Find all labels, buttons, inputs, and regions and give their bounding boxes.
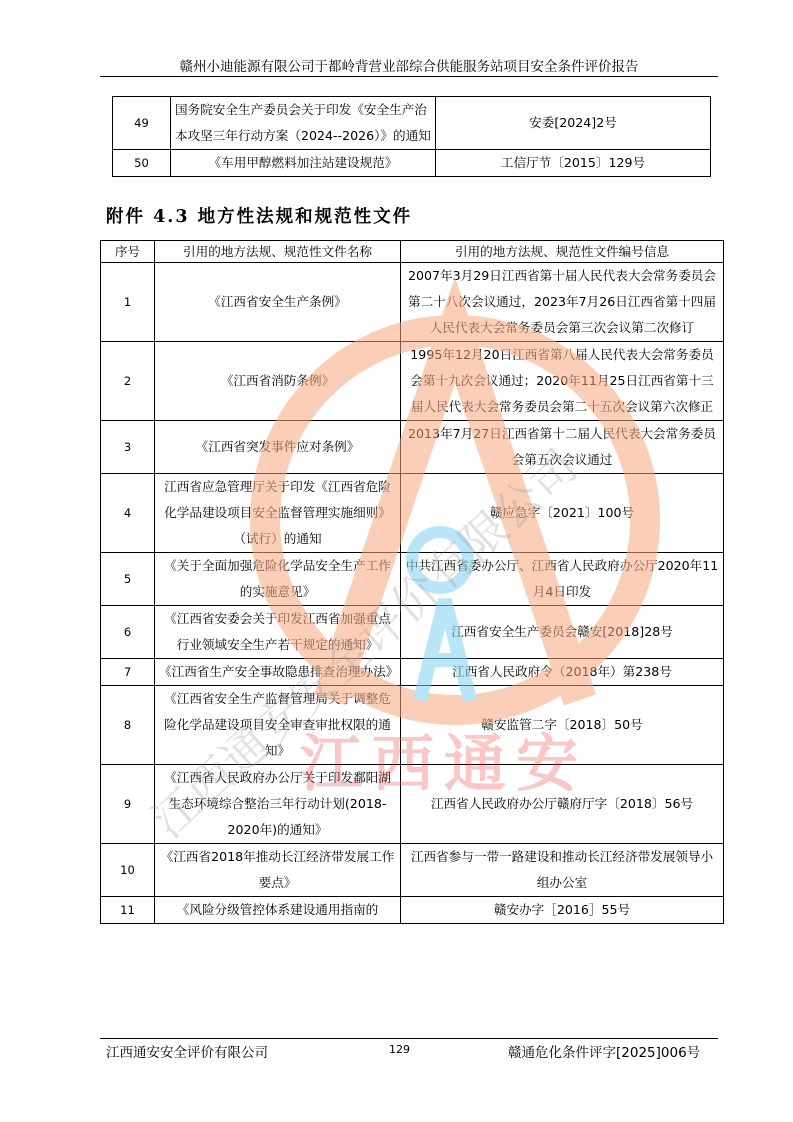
row-number: 7 [101, 659, 155, 686]
row-number: 5 [101, 553, 155, 606]
table-row: 50 《车用甲醇燃料加注站建设规范》 工信厅节〔2015〕129号 [113, 150, 711, 177]
row-number: 49 [113, 97, 171, 150]
document-code: 赣安办字［2016］55号 [401, 897, 724, 924]
document-name: 《江西省2018年推动长江经济带发展工作要点》 [155, 844, 401, 897]
document-name: 国务院安全生产委员会关于印发《安全生产治本攻坚三年行动方案（2024--2026… [171, 97, 436, 150]
document-name: 江西省应急管理厅关于印发《江西省危险化学品建设项目安全监督管理实施细则》（试行）… [155, 474, 401, 553]
row-number: 1 [101, 263, 155, 342]
local-regulations-table: 序号 引用的地方法规、规范性文件名称 引用的地方法规、规范性文件编号信息 1 《… [100, 240, 724, 924]
table-row: 5 《关于全面加强危险化学品安全生产工作的实施意见》 中共江西省委办公厅、江西省… [101, 553, 724, 606]
footer-rule [100, 1038, 718, 1039]
table-row: 6 《江西省安委会关于印发江西省加强重点行业领域安全生产若干规定的通知》 江西省… [101, 606, 724, 659]
column-header-code: 引用的地方法规、规范性文件编号信息 [401, 241, 724, 263]
table-row: 10 《江西省2018年推动长江经济带发展工作要点》 江西省参与一带一路建设和推… [101, 844, 724, 897]
row-number: 8 [101, 686, 155, 765]
table-row: 9 《江西省人民政府办公厅关于印发鄱阳湖生态环境综合整治三年行动计划(2018-… [101, 765, 724, 844]
document-code: 2013年7月27日江西省第十二届人民代表大会常务委员会第五次会议通过 [401, 421, 724, 474]
row-number: 9 [101, 765, 155, 844]
table-row: 4 江西省应急管理厅关于印发《江西省危险化学品建设项目安全监督管理实施细则》（试… [101, 474, 724, 553]
row-number: 3 [101, 421, 155, 474]
document-name: 《风险分级管控体系建设通用指南的 [155, 897, 401, 924]
column-header-name: 引用的地方法规、规范性文件名称 [155, 241, 401, 263]
row-number: 10 [101, 844, 155, 897]
document-name: 《江西省生产安全事故隐患排查治理办法》 [155, 659, 401, 686]
row-number: 11 [101, 897, 155, 924]
document-code: 1995年12月20日江西省第八届人民代表大会常务委员会第十九次会议通过；202… [401, 342, 724, 421]
header-rule [100, 76, 718, 77]
document-code: 工信厅节〔2015〕129号 [436, 150, 711, 177]
document-code: 中共江西省委办公厅、江西省人民政府办公厅2020年11月4日印发 [401, 553, 724, 606]
table-row: 49 国务院安全生产委员会关于印发《安全生产治本攻坚三年行动方案（2024--2… [113, 97, 711, 150]
document-name: 《江西省突发事件应对条例》 [155, 421, 401, 474]
document-name: 《车用甲醇燃料加注站建设规范》 [171, 150, 436, 177]
document-name: 《关于全面加强危险化学品安全生产工作的实施意见》 [155, 553, 401, 606]
row-number: 6 [101, 606, 155, 659]
document-code: 2007年3月29日江西省第十届人民代表大会常务委员会第二十八次会议通过，202… [401, 263, 724, 342]
footer-document-number: 赣通危化条件评字[2025]006号 [508, 1041, 700, 1061]
section-title: 附件 4.3 地方性法规和规范性文件 [106, 203, 412, 228]
document-name: 《江西省安委会关于印发江西省加强重点行业领域安全生产若干规定的通知》 [155, 606, 401, 659]
page-header-title: 赣州小迪能源有限公司于都岭背营业部综合供能服务站项目安全条件评价报告 [100, 55, 718, 75]
table-row: 8 《江西省安全生产监督管理局关于调整危险化学品建设项目安全审查审批权限的通知》… [101, 686, 724, 765]
document-code: 赣应急字〔2021〕100号 [401, 474, 724, 553]
document-code: 江西省人民政府令（2018年）第238号 [401, 659, 724, 686]
table-row: 1 《江西省安全生产条例》 2007年3月29日江西省第十届人民代表大会常务委员… [101, 263, 724, 342]
document-code: 江西省安全生产委员会赣安[2018]28号 [401, 606, 724, 659]
table-row: 2 《江西省消防条例》 1995年12月20日江西省第八届人民代表大会常务委员会… [101, 342, 724, 421]
document-code: 安委[2024]2号 [436, 97, 711, 150]
document-name: 《江西省安全生产监督管理局关于调整危险化学品建设项目安全审查审批权限的通知》 [155, 686, 401, 765]
document-name: 《江西省消防条例》 [155, 342, 401, 421]
column-header-number: 序号 [101, 241, 155, 263]
document-code: 赣安监管二字〔2018〕50号 [401, 686, 724, 765]
document-name: 《江西省人民政府办公厅关于印发鄱阳湖生态环境综合整治三年行动计划(2018-20… [155, 765, 401, 844]
row-number: 2 [101, 342, 155, 421]
document-code: 江西省人民政府办公厅赣府厅字〔2018〕56号 [401, 765, 724, 844]
previous-regulations-table: 49 国务院安全生产委员会关于印发《安全生产治本攻坚三年行动方案（2024--2… [112, 96, 711, 177]
table-row: 7 《江西省生产安全事故隐患排查治理办法》 江西省人民政府令（2018年）第23… [101, 659, 724, 686]
table-row: 11 《风险分级管控体系建设通用指南的 赣安办字［2016］55号 [101, 897, 724, 924]
table-header-row: 序号 引用的地方法规、规范性文件名称 引用的地方法规、规范性文件编号信息 [101, 241, 724, 263]
row-number: 4 [101, 474, 155, 553]
document-name: 《江西省安全生产条例》 [155, 263, 401, 342]
table-row: 3 《江西省突发事件应对条例》 2013年7月27日江西省第十二届人民代表大会常… [101, 421, 724, 474]
document-code: 江西省参与一带一路建设和推动长江经济带发展领导小组办公室 [401, 844, 724, 897]
footer-page-number: 129 [389, 1043, 410, 1056]
row-number: 50 [113, 150, 171, 177]
footer-company: 江西通安安全评价有限公司 [106, 1041, 268, 1061]
